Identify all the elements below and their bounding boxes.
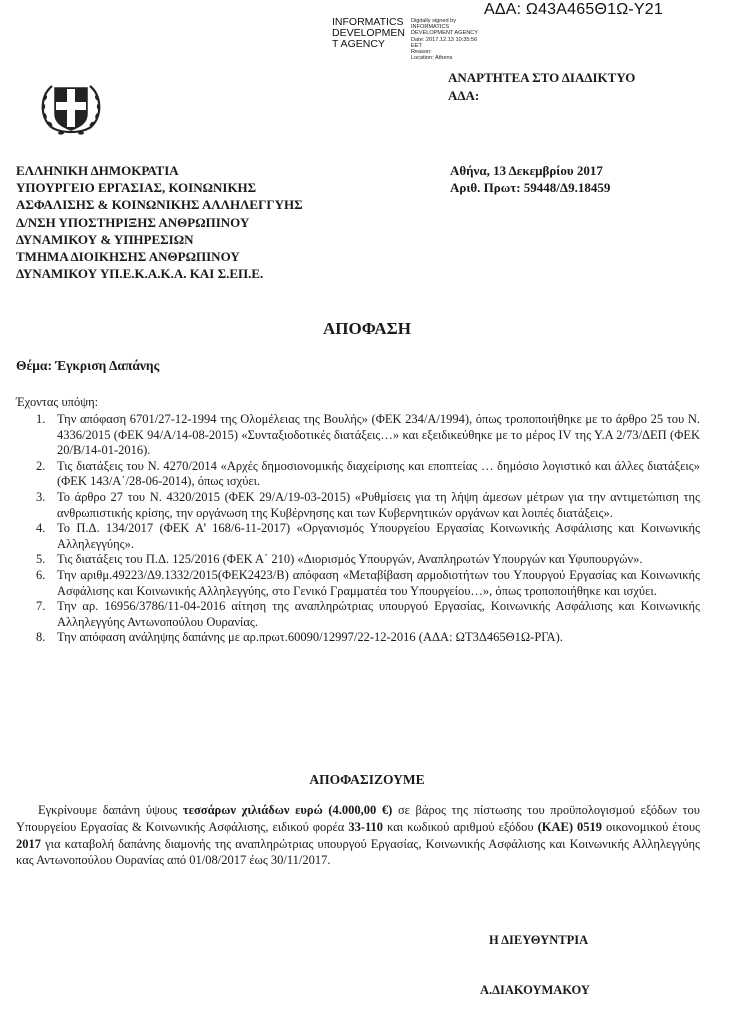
considerations-list: 1.Την απόφαση 6701/27-12-1994 της Ολομέλ…	[36, 412, 700, 646]
consideration-item: 8.Την απόφαση ανάληψης δαπάνης με αρ.πρω…	[36, 630, 700, 646]
item-text: Τις διατάξεις του Ν. 4270/2014 «Αρχές δη…	[57, 459, 700, 489]
item-number: 4.	[36, 521, 45, 537]
agency-code: 33-110	[348, 820, 383, 834]
document-title: ΑΠΟΦΑΣΗ	[0, 319, 734, 339]
issuer-line: ΑΣΦΑΛΙΣΗΣ & ΚΟΙΝΩΝΙΚΗΣ ΑΛΛΗΛΕΓΓΥΗΣ	[16, 196, 303, 213]
decision-text: οικονομικού έτους	[602, 820, 700, 834]
item-text: Την απόφαση ανάληψης δαπάνης με αρ.πρωτ.…	[57, 630, 563, 644]
publication-notice: ΑΝΑΡΤΗΤΕΑ ΣΤΟ ΔΙΑΔΙΚΤΥΟ ΑΔΑ:	[448, 69, 635, 105]
item-text: Την αριθμ.49223/Δ9.1332/2015(ΦΕΚ2423/Β) …	[57, 568, 700, 598]
document-subject: Θέμα: Έγκριση Δαπάνης	[16, 358, 159, 374]
issuer-line: ΔΥΝΑΜΙΚΟΥ & ΥΠΗΡΕΣΙΩΝ	[16, 231, 303, 248]
issuer-line: ΤΜΗΜΑ ΔΙΟΙΚΗΣΗΣ ΑΝΘΡΩΠΙΝΟΥ	[16, 248, 303, 265]
issuer-line: ΥΠΟΥΡΓΕΙΟ ΕΡΓΑΣΙΑΣ, ΚΟΙΝΩΝΙΚΗΣ	[16, 179, 303, 196]
issuing-authority: ΕΛΛΗΝΙΚΗ ΔΗΜΟΚΡΑΤΙΑ ΥΠΟΥΡΓΕΙΟ ΕΡΓΑΣΙΑΣ, …	[16, 162, 303, 282]
consideration-item: 7.Την αρ. 16956/3786/11-04-2016 αίτηση τ…	[36, 599, 700, 630]
expense-code: (ΚΑΕ) 0519	[538, 820, 602, 834]
ada-label: ΑΔΑ:	[448, 87, 635, 105]
signatory-title: Η ΔΙΕΥΘΥΝΤΡΙΑ	[489, 933, 588, 948]
decision-text: Εγκρίνουμε δαπάνη ύψους	[38, 803, 183, 817]
item-text: Το άρθρο 27 του Ν. 4320/2015 (ΦΕΚ 29/Α/1…	[57, 490, 700, 520]
issuer-line: ΔΥΝΑΜΙΚΟΥ ΥΠ.Ε.Κ.Α.Κ.Α. ΚΑΙ Σ.ΕΠ.Ε.	[16, 265, 303, 282]
consideration-item: 2.Τις διατάξεις του Ν. 4270/2014 «Αρχές …	[36, 459, 700, 490]
greek-coat-of-arms-icon	[36, 76, 106, 140]
item-text: Την απόφαση 6701/27-12-1994 της Ολομέλει…	[57, 412, 700, 457]
item-number: 7.	[36, 599, 45, 615]
consideration-item: 6.Την αριθμ.49223/Δ9.1332/2015(ΦΕΚ2423/Β…	[36, 568, 700, 599]
signatory-name: Α.ΔΙΑΚΟΥΜΑΚΟΥ	[480, 983, 590, 998]
item-number: 6.	[36, 568, 45, 584]
decision-text: και κωδικού αριθμού εξόδου	[383, 820, 538, 834]
consideration-item: 3.Το άρθρο 27 του Ν. 4320/2015 (ΦΕΚ 29/Α…	[36, 490, 700, 521]
item-number: 5.	[36, 552, 45, 568]
issuer-line: ΕΛΛΗΝΙΚΗ ΔΗΜΟΚΡΑΤΙΑ	[16, 162, 303, 179]
item-number: 1.	[36, 412, 45, 428]
item-number: 8.	[36, 630, 45, 646]
approved-amount: τεσσάρων χιλιάδων ευρώ (4.000,00 €)	[183, 803, 392, 817]
digital-signature-details: Digitally signed by INFORMATICS DEVELOPM…	[411, 18, 491, 61]
item-text: Τις διατάξεις του Π.Δ. 125/2016 (ΦΕΚ Α΄ …	[57, 552, 643, 566]
decision-heading: ΑΠΟΦΑΣΙΖΟΥΜΕ	[0, 772, 734, 788]
post-internet-label: ΑΝΑΡΤΗΤΕΑ ΣΤΟ ΔΙΑΔΙΚΤΥΟ	[448, 69, 635, 87]
item-text: Την αρ. 16956/3786/11-04-2016 αίτηση της…	[57, 599, 700, 629]
protocol-number: Αριθ. Πρωτ: 59448/Δ9.18459	[450, 179, 610, 196]
fiscal-year: 2017	[16, 837, 41, 851]
digital-signature-signer: INFORMATICS DEVELOPMEN T AGENCY	[332, 17, 412, 50]
item-text: Το Π.Δ. 134/2017 (ΦΕΚ Α’ 168/6-11-2017) …	[57, 521, 700, 551]
issuer-line: Δ/ΝΣΗ ΥΠΟΣΤΗΡΙΞΗΣ ΑΝΘΡΩΠΙΝΟΥ	[16, 214, 303, 231]
item-number: 3.	[36, 490, 45, 506]
consideration-item: 1.Την απόφαση 6701/27-12-1994 της Ολομέλ…	[36, 412, 700, 459]
ada-code-top: ΑΔΑ: Ω43Α465Θ1Ω-Υ21	[484, 1, 663, 19]
consideration-item: 4.Το Π.Δ. 134/2017 (ΦΕΚ Α’ 168/6-11-2017…	[36, 521, 700, 552]
decision-text: για καταβολή δαπάνης διαμονής της αναπλη…	[16, 837, 700, 868]
signature-detail-line: Location: Athens	[411, 55, 491, 61]
document-date: Αθήνα, 13 Δεκεμβρίου 2017	[450, 162, 610, 179]
considering-label: Έχοντας υπόψη:	[16, 395, 98, 410]
date-protocol-block: Αθήνα, 13 Δεκεμβρίου 2017 Αριθ. Πρωτ: 59…	[450, 162, 610, 196]
item-number: 2.	[36, 459, 45, 475]
consideration-item: 5.Τις διατάξεις του Π.Δ. 125/2016 (ΦΕΚ Α…	[36, 552, 700, 568]
signer-line: T AGENCY	[332, 39, 412, 50]
decision-paragraph: Εγκρίνουμε δαπάνη ύψους τεσσάρων χιλιάδω…	[16, 802, 700, 869]
